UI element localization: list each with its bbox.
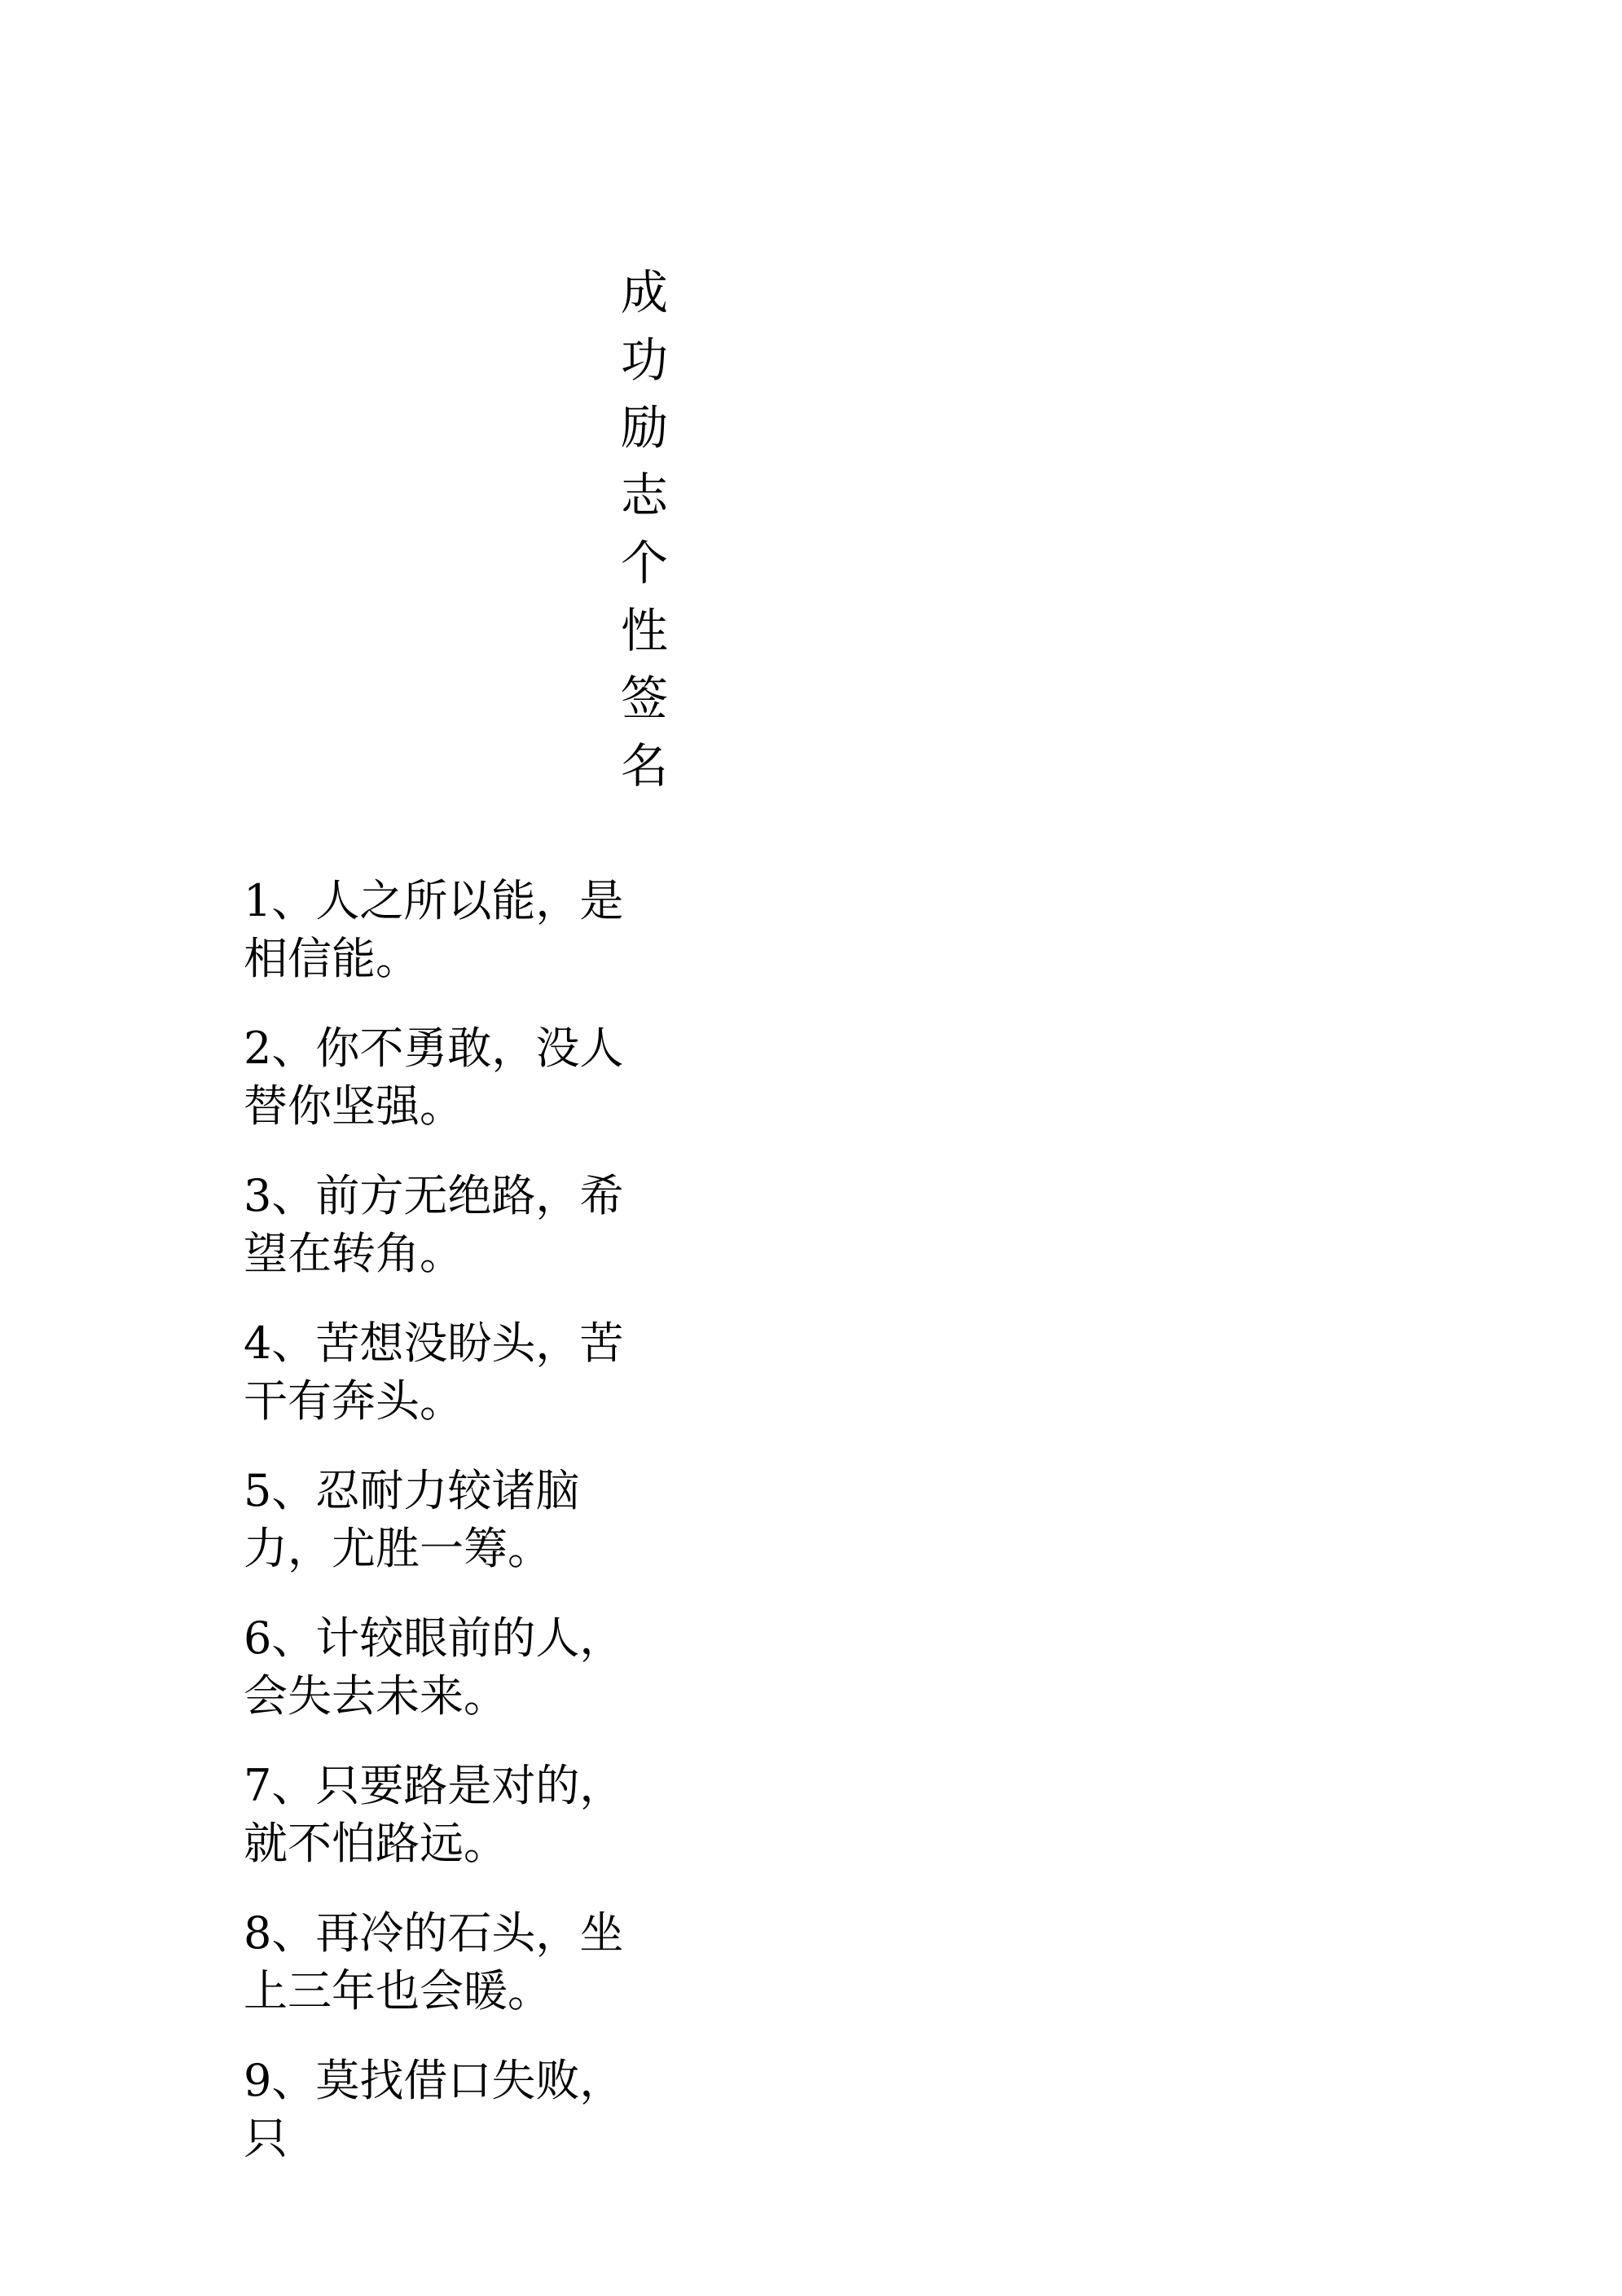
document-page: 成 功 励 志 个 性 签 名 1、人之所以能，是相信能。 2、你不勇敢，没人替… [0, 0, 1622, 2296]
title-char: 性 [618, 597, 671, 665]
list-item: 1、人之所以能，是相信能。 [244, 872, 651, 987]
list-item: 8、再冷的石头，坐上三年也会暖。 [244, 1904, 651, 2020]
title-char: 个 [618, 530, 671, 597]
title-char: 签 [618, 665, 671, 732]
list-item: 9、莫找借口失败，只 [244, 2052, 651, 2167]
title-char: 成 [618, 259, 671, 327]
list-item: 5、忍耐力较诸脑力，尤胜一筹。 [244, 1462, 651, 1577]
page-title: 成 功 励 志 个 性 签 名 [618, 259, 671, 800]
list-item: 2、你不勇敢，没人替你坚强。 [244, 1019, 651, 1135]
signature-list: 1、人之所以能，是相信能。 2、你不勇敢，没人替你坚强。 3、前方无绝路，希望在… [244, 872, 651, 2199]
title-char: 志 [618, 462, 671, 530]
list-item: 3、前方无绝路，希望在转角。 [244, 1167, 651, 1282]
list-item: 4、苦想没盼头，苦干有奔头。 [244, 1314, 651, 1430]
list-item: 7、只要路是对的，就不怕路远。 [244, 1757, 651, 1872]
title-char: 名 [618, 732, 671, 800]
title-char: 励 [618, 394, 671, 462]
title-char: 功 [618, 327, 671, 394]
list-item: 6、计较眼前的人，会失去未来。 [244, 1609, 651, 1725]
